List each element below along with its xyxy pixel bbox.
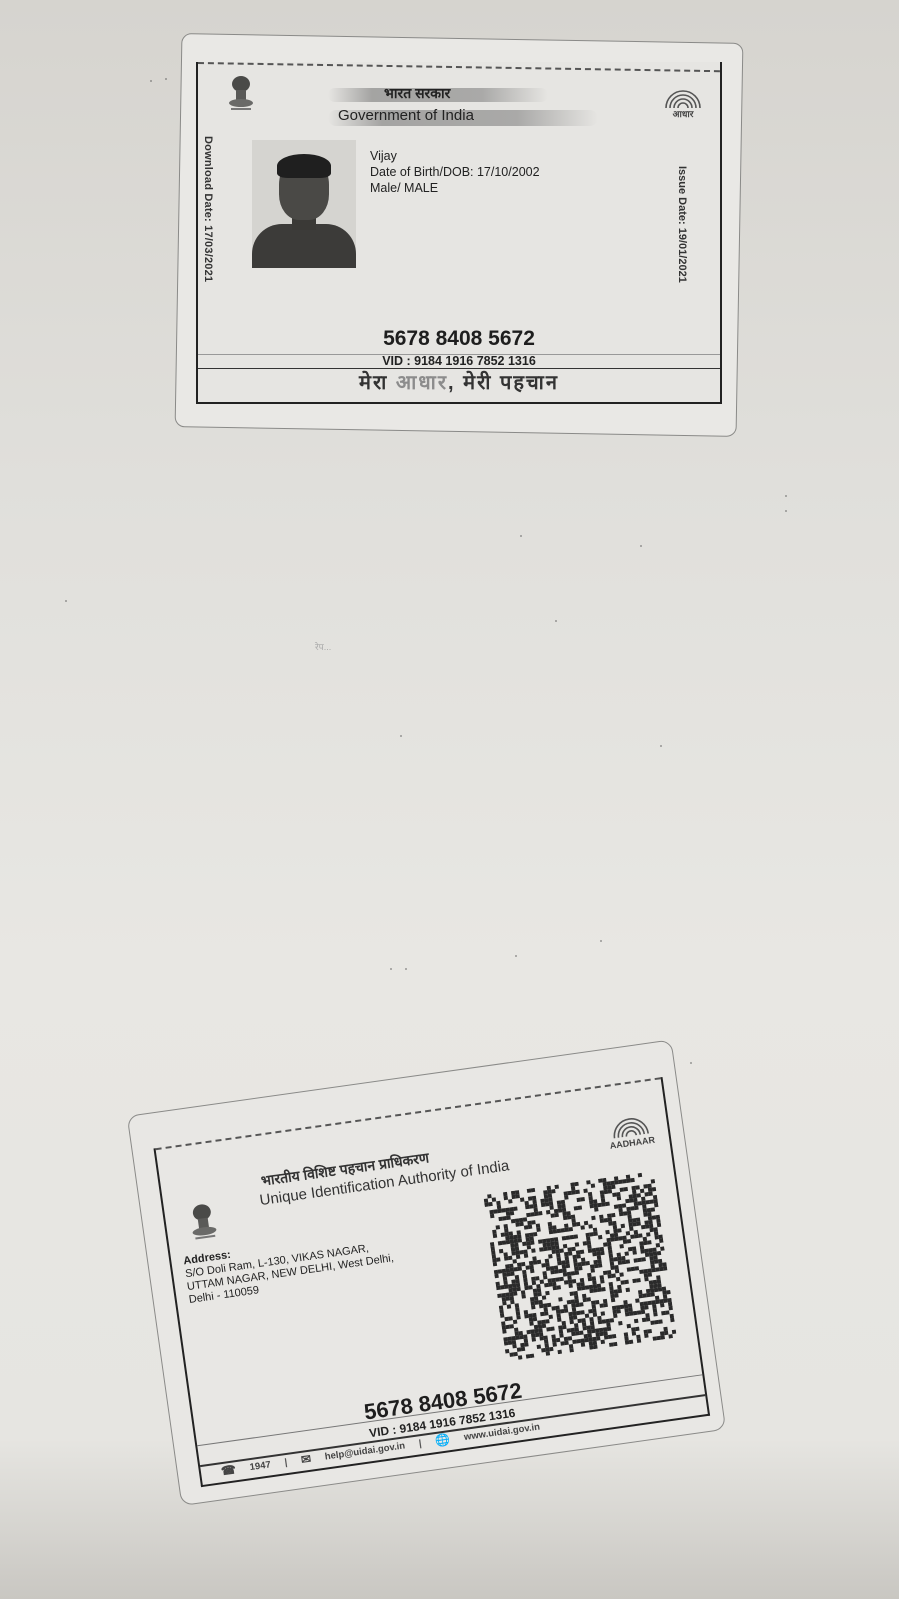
address-block: Address: S/O Doli Ram, L-130, VIKAS NAGA… [183,1217,468,1307]
vid-number: VID : 9184 1916 7852 1316 [198,354,720,368]
globe-icon: 🌐 [434,1432,451,1448]
help-email: help@uidai.gov.in [324,1440,406,1462]
paper-speck [515,955,517,957]
paper-speck [690,1062,692,1064]
paper-speck [660,745,662,747]
paper-speck [390,968,392,970]
envelope-icon: ✉ [300,1452,312,1467]
paper-speck [165,78,167,80]
paper-speck [600,940,602,942]
aadhaar-number: 5678 8408 5672 [198,327,720,351]
helpline-number: 1947 [249,1459,271,1473]
holder-gender: Male/ MALE [370,180,540,196]
aadhaar-logo-icon: AADHAAR [603,1105,658,1152]
paper-speck [405,968,407,970]
paper-speck [150,80,152,82]
tagline: मेरा आधार, मेरी पहचान [198,368,720,395]
header-english: Government of India [338,107,474,124]
paper-speck [520,535,522,537]
aadhaar-front-card: भारत सरकार Government of India आधार Down… [196,62,722,404]
download-date: Download Date: 17/03/2021 [202,136,214,282]
national-emblem-icon [226,74,256,112]
paper-speck [400,735,402,737]
paper-speck [785,510,787,512]
aadhaar-logo-icon: आधार [658,80,708,120]
aadhaar-back-card: भारतीय विशिष्ट पहचान प्राधिकरण Unique Id… [153,1077,710,1487]
holder-details: Vijay Date of Birth/DOB: 17/10/2002 Male… [370,148,540,196]
stray-mark: रेप... [315,640,331,653]
issue-date: Issue Date: 19/01/2021 [676,166,688,283]
phone-icon: ☎ [220,1462,237,1478]
national-emblem-icon [186,1200,221,1242]
paper-speck [785,495,787,497]
paper-speck [640,545,642,547]
top-border [198,62,720,72]
paper-speck [65,600,67,602]
holder-dob: Date of Birth/DOB: 17/10/2002 [370,164,540,180]
header-hindi: भारत सरकार [384,84,450,103]
aadhaar-back-card-wrap: भारतीय विशिष्ट पहचान प्राधिकरण Unique Id… [140,1035,735,1536]
government-header: भारत सरकार Government of India [328,84,588,132]
holder-name: Vijay [370,148,540,164]
holder-photo [252,140,356,268]
paper-speck [555,620,557,622]
qr-code [483,1171,677,1361]
